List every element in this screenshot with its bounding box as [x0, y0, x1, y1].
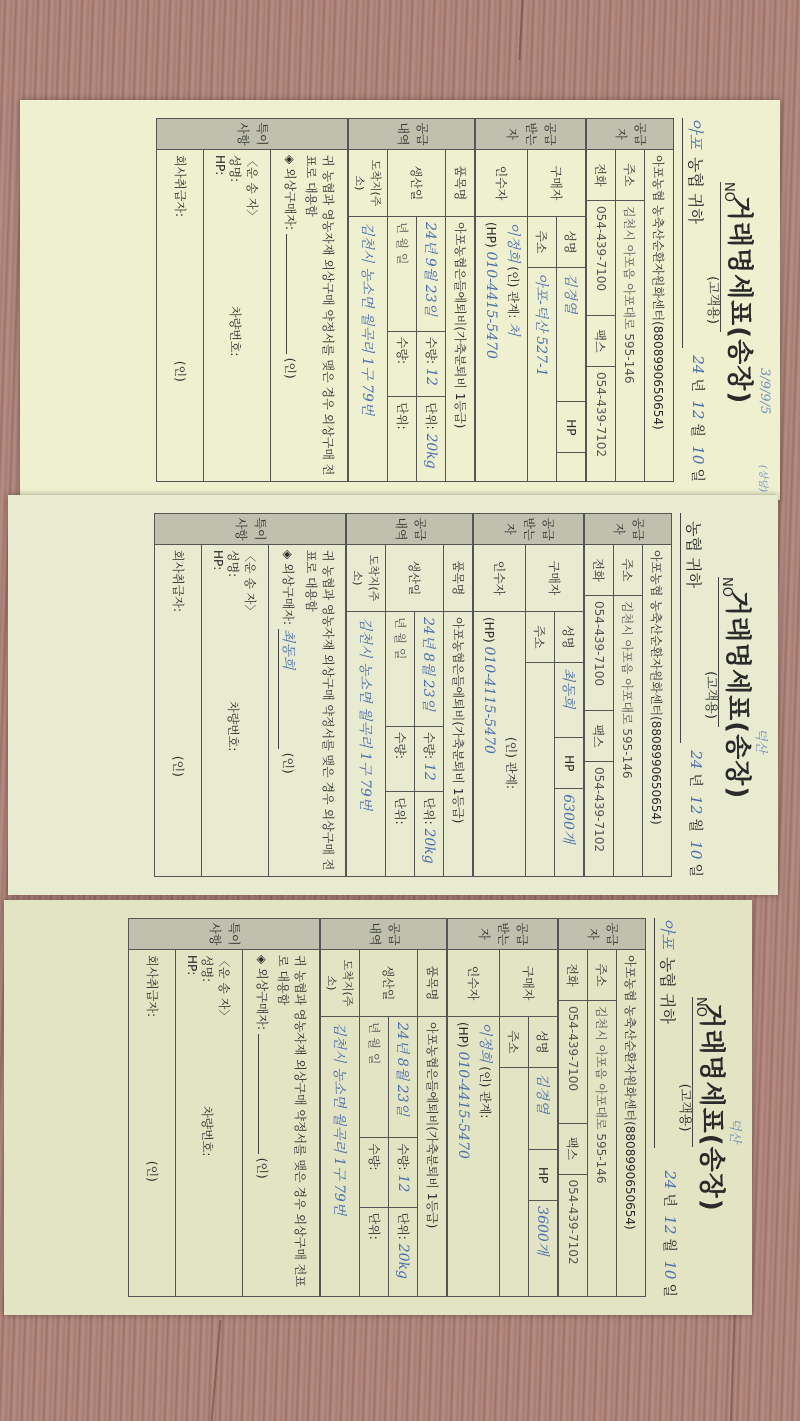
date-month: 12 [661, 1215, 679, 1234]
supplier-name: 아포농협 농축산순환자원화센터(8808990650654) [645, 150, 674, 482]
buyer-name: 김경열 [529, 1068, 558, 1150]
credit-buyer [258, 1034, 259, 1154]
date-year: 24 [689, 355, 707, 374]
invoice-form-3: 덕산 거래명세표(송장) (고객용) 아포농협 귀하 NO 24년 12월 10… [4, 900, 752, 1315]
form-header: 덕산 거래명세표(송장) (고객용) 농협 귀하 NO 24년 12월 10일 [672, 513, 764, 877]
recipient-line: 아포농협 귀하 [654, 918, 680, 1148]
receiver-cell: 이정희 (인) 관계: (HP) 010-4415-5470 [448, 1017, 500, 1297]
qty-label: 수량: [424, 337, 438, 364]
notice-text: 귀 농협과 영농자재 외상구매 약정서를 맺은 경우 외상구매 전표로 대용함 [275, 955, 309, 1291]
buyer-address [526, 663, 555, 877]
seal-mark: (인) [504, 737, 518, 758]
day-unit: 일 [689, 468, 705, 482]
destination: 김천시 농소면 월곡리 1구 79번 [347, 612, 386, 877]
fax-label: 팩스 [559, 1123, 588, 1174]
hp-label: HP [557, 402, 586, 453]
phone-label: 전화 [559, 950, 588, 1001]
day-unit: 일 [687, 863, 703, 877]
relation-label: 관계: [506, 291, 520, 318]
destination-label: 도착지(주소) [349, 150, 388, 217]
relation-label: 관계: [504, 762, 518, 789]
month-unit: 월 [661, 1238, 677, 1252]
credit-buyer: 최동희 [278, 629, 299, 749]
buyer-address: 아포-덕산 527-1 [528, 268, 557, 482]
fax-label: 팩스 [585, 711, 614, 762]
receiver-label: 인수자 [474, 545, 526, 612]
date-month: 12 [687, 795, 705, 814]
unit-value: 20kg [395, 1244, 411, 1279]
credit-seal: (인) [283, 358, 297, 379]
number-field: NO [720, 182, 736, 332]
buyer-name: 최동희 [555, 663, 584, 738]
supply-side-label: 공급내역 [321, 919, 447, 950]
hp-label: HP [529, 1150, 558, 1201]
date-field: 24년 12월 10일 [660, 1166, 680, 1297]
qty-label-blank: 수량: [360, 1138, 389, 1207]
destination: 김천시 농소면 월곡리 1구 79번 [349, 217, 388, 482]
qty-cell: 수량: 12 [389, 1138, 418, 1207]
receiver-cell: 이정희 (인) 관계: 처 (HP) 010-4415-5470 [476, 217, 528, 482]
address-label: 주소 [588, 950, 617, 1001]
supplier-name: 아포농협 농축산순환자원화센터(8808990650654) [643, 545, 672, 877]
qty-label-blank: 수량: [388, 331, 417, 397]
product-name: 아포농협은들에퇴비(가축분퇴비 1등급) [444, 612, 473, 877]
product-name: 아포농협은들에퇴비(가축분퇴비 1등급) [418, 1017, 447, 1297]
month-unit: 월 [687, 818, 703, 832]
driver-name-label: 성명: [228, 155, 242, 182]
driver-hp-label: HP: [185, 955, 199, 1291]
receiver-hp: 010-4415-5470 [483, 251, 499, 358]
phone-label: 전화 [587, 150, 616, 201]
handler-label: 회사취급자: [145, 955, 159, 1017]
buyer-side-label: 공급받는자 [448, 919, 558, 950]
name-label: 성명 [555, 612, 584, 663]
driver-name-label: 성명: [200, 955, 214, 982]
buyer-side-label: 공급받는자 [476, 119, 586, 150]
driver-name-label: 성명: [226, 550, 240, 577]
date-field: 24년 12월 10일 [686, 746, 706, 877]
supplier-phone: 054-439-7100 [585, 596, 614, 711]
buyer-label: 구매자 [526, 545, 584, 612]
address-label: 주소 [500, 1017, 529, 1068]
receiver-hp: 010-4115-5470 [481, 646, 497, 753]
qty-value: 12 [395, 1174, 411, 1192]
credit-buyer [286, 234, 287, 354]
notes-side-label: 특이사항 [155, 514, 346, 545]
buyer-hp: 3600개 [529, 1201, 558, 1297]
production-date: 24년 8월 23일 [415, 612, 444, 727]
supply-table: 공급내역 품목명 아포농협은들에퇴비(가축분퇴비 1등급) 생산일 24년 9월… [348, 118, 475, 482]
supplier-phone: 054-439-7100 [559, 1001, 588, 1124]
supply-side-label: 공급내역 [347, 514, 473, 545]
notice-cell: 귀 농협과 영농자재 외상구매 약정서를 맺은 경우 외상구매 전표로 대용함 … [269, 545, 346, 877]
unit-cell: 단위: 20kg [417, 397, 446, 482]
handler-seal: (인) [171, 756, 185, 777]
address-label: 주소 [614, 545, 643, 596]
production-date: 24년 9월 23일 [417, 217, 446, 332]
buyer-name: 김경열 [557, 268, 586, 402]
receiver-label: 인수자 [476, 150, 528, 217]
production-date-blank: 년 월 일 [360, 1017, 389, 1138]
notice-cell: 귀 농협과 영농자재 외상구매 약정서를 맺은 경우 외상구매 전표로 대용함 … [271, 150, 348, 482]
supplier-side-label: 공급자 [585, 514, 672, 545]
relation-value: 처 [505, 322, 521, 336]
invoice-form-1: 3/9/9/5 (상담) 거래명세표(송장) (고객용) 아포농협 귀하 NO … [20, 100, 780, 500]
number-field: NO [692, 997, 708, 1147]
production-label: 생산일 [388, 150, 446, 217]
phone-label: 전화 [585, 545, 614, 596]
seal-mark: (인) [478, 1066, 492, 1087]
qty-cell: 수량: 12 [415, 726, 444, 792]
unit-label-blank: 단위: [386, 792, 415, 877]
receiver-label: 인수자 [448, 950, 500, 1017]
qty-label: 수량: [396, 1143, 410, 1170]
receiver-hp-label: (HP) [484, 222, 498, 248]
credit-buyer-label: ◈ 외상구매자: [281, 550, 295, 625]
notice-text: 귀 농협과 영농자재 외상구매 약정서를 맺은 경우 외상구매 전표로 대용함 [303, 550, 337, 871]
unit-cell: 단위: 20kg [415, 792, 444, 877]
unit-label-blank: 단위: [360, 1207, 389, 1296]
qty-label-blank: 수량: [386, 726, 415, 792]
receiver-cell: (인) 관계: (HP) 010-4115-5470 [474, 612, 526, 877]
supplier-address: 김천시 아포읍 아포대로 595-146 [588, 1001, 617, 1297]
supplier-side-label: 공급자 [587, 119, 674, 150]
notes-side-label: 특이사항 [157, 119, 348, 150]
name-label: 성명 [529, 1017, 558, 1068]
buyer-side-label: 공급받는자 [474, 514, 584, 545]
credit-buyer-label: ◈ 외상구매자: [283, 155, 297, 230]
unit-value: 20kg [421, 828, 437, 863]
receiver-hp: 010-4415-5470 [455, 1051, 471, 1158]
unit-value: 20kg [423, 433, 439, 468]
recipient-printed: 농협 귀하 [658, 957, 677, 1024]
year-unit: 년 [689, 378, 705, 392]
day-unit: 일 [661, 1283, 677, 1297]
driver-label: 〈운 송 자〉 [216, 955, 233, 1291]
supplier-name: 아포농협 농축산순환자원화센터(8808990650654) [617, 950, 646, 1297]
buyer-table: 공급받는자 구매자 성명 최동희 HP 6300개 주소 인수자 (인) 관계:… [473, 513, 584, 877]
date-day: 10 [689, 445, 707, 464]
product-label: 품목명 [444, 545, 473, 612]
unit-label-blank: 단위: [388, 397, 417, 482]
destination-label: 도착지(주소) [321, 950, 360, 1017]
date-year: 24 [687, 750, 705, 769]
vehicle-label: 차량번호: [200, 1106, 214, 1156]
supplier-address: 김천시 아포읍 아포대로 595-146 [616, 201, 645, 482]
product-label: 품목명 [446, 150, 475, 217]
unit-label: 단위: [424, 402, 438, 429]
destination-label: 도착지(주소) [347, 545, 386, 612]
credit-seal: (인) [281, 753, 295, 774]
handler-label: 회사취급자: [171, 550, 185, 612]
handler-seal: (인) [173, 361, 187, 382]
supply-table: 공급내역 품목명 아포농협은들에퇴비(가축분퇴비 1등급) 생산일 24년 8월… [320, 918, 447, 1297]
qty-cell: 수량: 12 [417, 331, 446, 397]
floor-seam [518, 0, 523, 60]
qty-label: 수량: [422, 732, 436, 759]
form-header: 덕산 거래명세표(송장) (고객용) 아포농협 귀하 NO 24년 12월 10… [646, 918, 738, 1297]
production-label: 생산일 [386, 545, 444, 612]
unit-cell: 단위: 20kg [389, 1207, 418, 1296]
credit-seal: (인) [255, 1158, 269, 1179]
buyer-label: 구매자 [500, 950, 558, 1017]
buyer-label: 구매자 [528, 150, 586, 217]
name-label: 성명 [557, 217, 586, 268]
supplier-fax: 054-439-7102 [585, 762, 614, 877]
driver-cell: 〈운 송 자〉 성명: 차량번호: HP: [176, 950, 243, 1297]
handler-cell: 회사취급자: (인) [157, 150, 204, 482]
buyer-hp [557, 453, 586, 482]
date-month: 12 [689, 400, 707, 419]
recipient-handwritten: 아포 [686, 118, 705, 149]
credit-buyer-label: ◈ 외상구매자: [255, 955, 269, 1030]
supply-side-label: 공급내역 [349, 119, 475, 150]
qty-value: 12 [421, 763, 437, 781]
address-label: 주소 [526, 612, 555, 663]
year-unit: 년 [687, 773, 703, 787]
driver-label: 〈운 송 자〉 [242, 550, 259, 871]
handler-label: 회사취급자: [173, 155, 187, 217]
buyer-hp: 6300개 [555, 789, 584, 877]
buyer-table: 공급받는자 구매자 성명 김경열 HP 주소 아포-덕산 527-1 인수자 이… [475, 118, 586, 482]
unit-label: 단위: [422, 797, 436, 824]
year-unit: 년 [661, 1193, 677, 1207]
notes-table: 특이사항 귀 농협과 영농자재 외상구매 약정서를 맺은 경우 외상구매 전표로… [154, 513, 346, 877]
date-day: 10 [687, 840, 705, 859]
driver-hp-label: HP: [213, 155, 227, 476]
destination: 김천시 농소면 월곡리 1구 79번 [321, 1017, 360, 1297]
month-unit: 월 [689, 423, 705, 437]
vehicle-label: 차량번호: [228, 306, 242, 356]
production-date-blank: 년 월 일 [388, 217, 417, 332]
notes-table: 특이사항 귀 농협과 영농자재 외상구매 약정서를 맺은 경우 외상구매 전표로… [128, 918, 320, 1297]
driver-cell: 〈운 송 자〉 성명: 차량번호: HP: [202, 545, 269, 877]
number-field: NO [718, 577, 734, 727]
vehicle-label: 차량번호: [226, 701, 240, 751]
qty-value: 12 [423, 368, 439, 386]
driver-hp-label: HP: [211, 550, 225, 871]
supply-table: 공급내역 품목명 아포농협은들에퇴비(가축분퇴비 1등급) 생산일 24년 8월… [346, 513, 473, 877]
unit-label: 단위: [396, 1213, 410, 1240]
address-label: 주소 [616, 150, 645, 201]
supplier-address: 김천시 아포읍 아포대로 595-146 [614, 596, 643, 877]
notice-text: 귀 농협과 영농자재 외상구매 약정서를 맺은 경우 외상구매 전표로 대용함 [303, 155, 337, 476]
production-date-blank: 년 월 일 [386, 612, 415, 727]
receiver-name: 이정희 [477, 1022, 493, 1063]
recipient-printed: 농협 귀하 [686, 157, 705, 224]
notes-table: 특이사항 귀 농협과 영농자재 외상구매 약정서를 맺은 경우 외상구매 전표로… [156, 118, 348, 482]
recipient-printed: 농협 귀하 [684, 521, 703, 588]
supplier-side-label: 공급자 [559, 919, 646, 950]
driver-cell: 〈운 송 자〉 성명: 차량번호: HP: [204, 150, 271, 482]
seal-mark: (인) [506, 266, 520, 287]
handler-cell: 회사취급자: (인) [129, 950, 176, 1297]
floor-seam [211, 1320, 222, 1421]
supplier-table: 공급자 아포농협 농축산순환자원화센터(8808990650654) 주소 김천… [584, 513, 672, 877]
invoice-form-2: 덕산 거래명세표(송장) (고객용) 농협 귀하 NO 24년 12월 10일 … [8, 495, 778, 895]
notes-side-label: 특이사항 [129, 919, 320, 950]
address-label: 주소 [528, 217, 557, 268]
fax-label: 팩스 [587, 316, 616, 367]
relation-label: 관계: [478, 1091, 492, 1118]
buyer-table: 공급받는자 구매자 성명 김경열 HP 3600개 주소 인수자 이정희 (인)… [447, 918, 558, 1297]
production-date: 24년 8월 23일 [389, 1017, 418, 1138]
hp-label: HP [555, 738, 584, 789]
recipient-line: 아포농협 귀하 [682, 118, 708, 348]
supplier-table: 공급자 아포농협 농축산순환자원화센터(8808990650654) 주소 김천… [558, 918, 646, 1297]
corner-note: (상담) [757, 465, 772, 492]
handler-cell: 회사취급자: (인) [155, 545, 202, 877]
date-field: 24년 12월 10일 [688, 351, 708, 482]
driver-label: 〈운 송 자〉 [244, 155, 261, 476]
receiver-name: 이정희 [505, 222, 521, 263]
date-day: 10 [661, 1260, 679, 1279]
receiver-hp-label: (HP) [456, 1022, 470, 1048]
receiver-hp-label: (HP) [482, 617, 496, 643]
supplier-phone: 054-439-7100 [587, 201, 616, 316]
form-header: 3/9/9/5 (상담) 거래명세표(송장) (고객용) 아포농협 귀하 NO … [674, 118, 766, 482]
notice-cell: 귀 농협과 영농자재 외상구매 약정서를 맺은 경우 외상구매 전표로 대용함 … [243, 950, 320, 1297]
supplier-fax: 054-439-7102 [559, 1174, 588, 1297]
handler-seal: (인) [145, 1161, 159, 1182]
product-name: 아포농협은들에퇴비(가축분퇴비 1등급) [446, 217, 475, 482]
recipient-handwritten: 아포 [658, 918, 677, 949]
supplier-fax: 054-439-7102 [587, 367, 616, 482]
buyer-address [500, 1068, 529, 1297]
supplier-table: 공급자 아포농협 농축산순환자원화센터(8808990650654) 주소 김천… [586, 118, 674, 482]
date-year: 24 [661, 1170, 679, 1189]
recipient-line: 농협 귀하 [680, 513, 706, 743]
floor-seam [730, 1300, 736, 1421]
production-label: 생산일 [360, 950, 418, 1017]
product-label: 품목명 [418, 950, 447, 1017]
